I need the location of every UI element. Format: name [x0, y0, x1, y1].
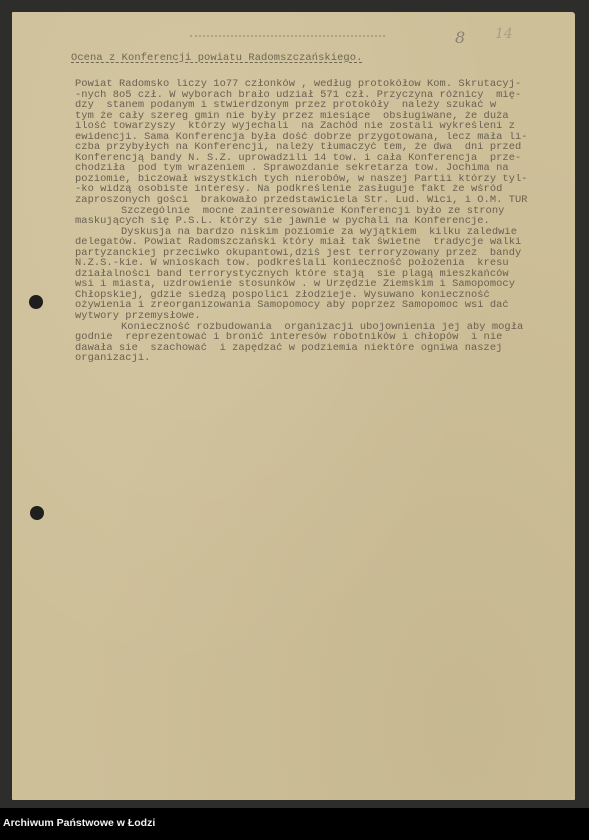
body-line: Chłopskiej, gdzie siedzą pospolici złodz…	[75, 290, 575, 301]
paragraph-start-line: Szczególnie mocne zainteresowanie Konfer…	[75, 206, 575, 217]
body-line: organizacji.	[75, 353, 575, 364]
paragraph-start-line: Konieczność rozbudowania organizacji ubo…	[75, 322, 575, 333]
body-line: chodziła pod tym wrazeniem . Sprawozdani…	[75, 163, 575, 174]
body-line: N.Z.S.-kie. W wnioskach tow. podkreślali…	[75, 258, 575, 269]
body-line: -nych 8o5 czł. W wyborach brało udział 5…	[75, 90, 575, 101]
body-line: maskujących się P.S.L. którzy sie jawnie…	[75, 216, 575, 227]
body-line: zaproszonych gości brakowało przedstawic…	[75, 195, 575, 206]
body-line: -ko widzą osobiste interesy. Na podkreśl…	[75, 184, 575, 195]
handwritten-page-number: 8	[455, 28, 465, 47]
paragraph-start-line: Dyskusja na bardzo niskim poziomie za wy…	[75, 227, 575, 238]
body-line: działalności band terrorystycznych które…	[75, 269, 575, 280]
archive-name: Archiwum Państwowe w Łodzi	[3, 817, 155, 829]
document-title: Ocena z Konferencji powiatu Radomszczańs…	[71, 52, 362, 64]
body-line: tym że cały szereg gmin nie były przez m…	[75, 111, 575, 122]
body-line: delegatów. Powiat Radomszczański który m…	[75, 237, 575, 248]
body-line: ewidencji. Sama Konferencja była dość do…	[75, 132, 575, 143]
handwritten-faint-mark: 14	[495, 26, 513, 42]
document-body: Powiat Radomsko liczy 1o77 członków , we…	[75, 79, 575, 364]
body-line: wsi i miasta, uzdrowienie stosunków . w …	[75, 279, 575, 290]
body-line: Konferencją bandy N. S.Z. uprowadzili 14…	[75, 153, 575, 164]
scan-background: 8 14 Ocena z Konferencji powiatu Radomsz…	[0, 0, 589, 808]
dotted-rule	[190, 35, 385, 37]
body-line: godnie reprezentować i bronić interesów …	[75, 332, 575, 343]
archive-footer: Archiwum Państwowe w Łodzi	[0, 808, 589, 840]
punch-hole-top	[29, 295, 43, 309]
body-line: czba przybyłych na Konferencji, należy t…	[75, 142, 575, 153]
body-line: ilość towarzyszy którzy wyjechali na Zac…	[75, 121, 575, 132]
punch-hole-bottom	[30, 506, 44, 520]
body-line: dzy stanem podanym i stwierdzonym przez …	[75, 100, 575, 111]
body-line: Powiat Radomsko liczy 1o77 członków , we…	[75, 79, 575, 90]
body-line: dawała sie szachować i zapędzać w podzie…	[75, 343, 575, 354]
body-line: wytwory przemysłowe.	[75, 311, 575, 322]
body-line: partyzanckiej przeciwko okupantowi,dziś …	[75, 248, 575, 259]
body-line: poziomie, biczował wszystkich tych niero…	[75, 174, 575, 185]
body-line: ożywienia i zreorganizowania Samopomocy …	[75, 300, 575, 311]
